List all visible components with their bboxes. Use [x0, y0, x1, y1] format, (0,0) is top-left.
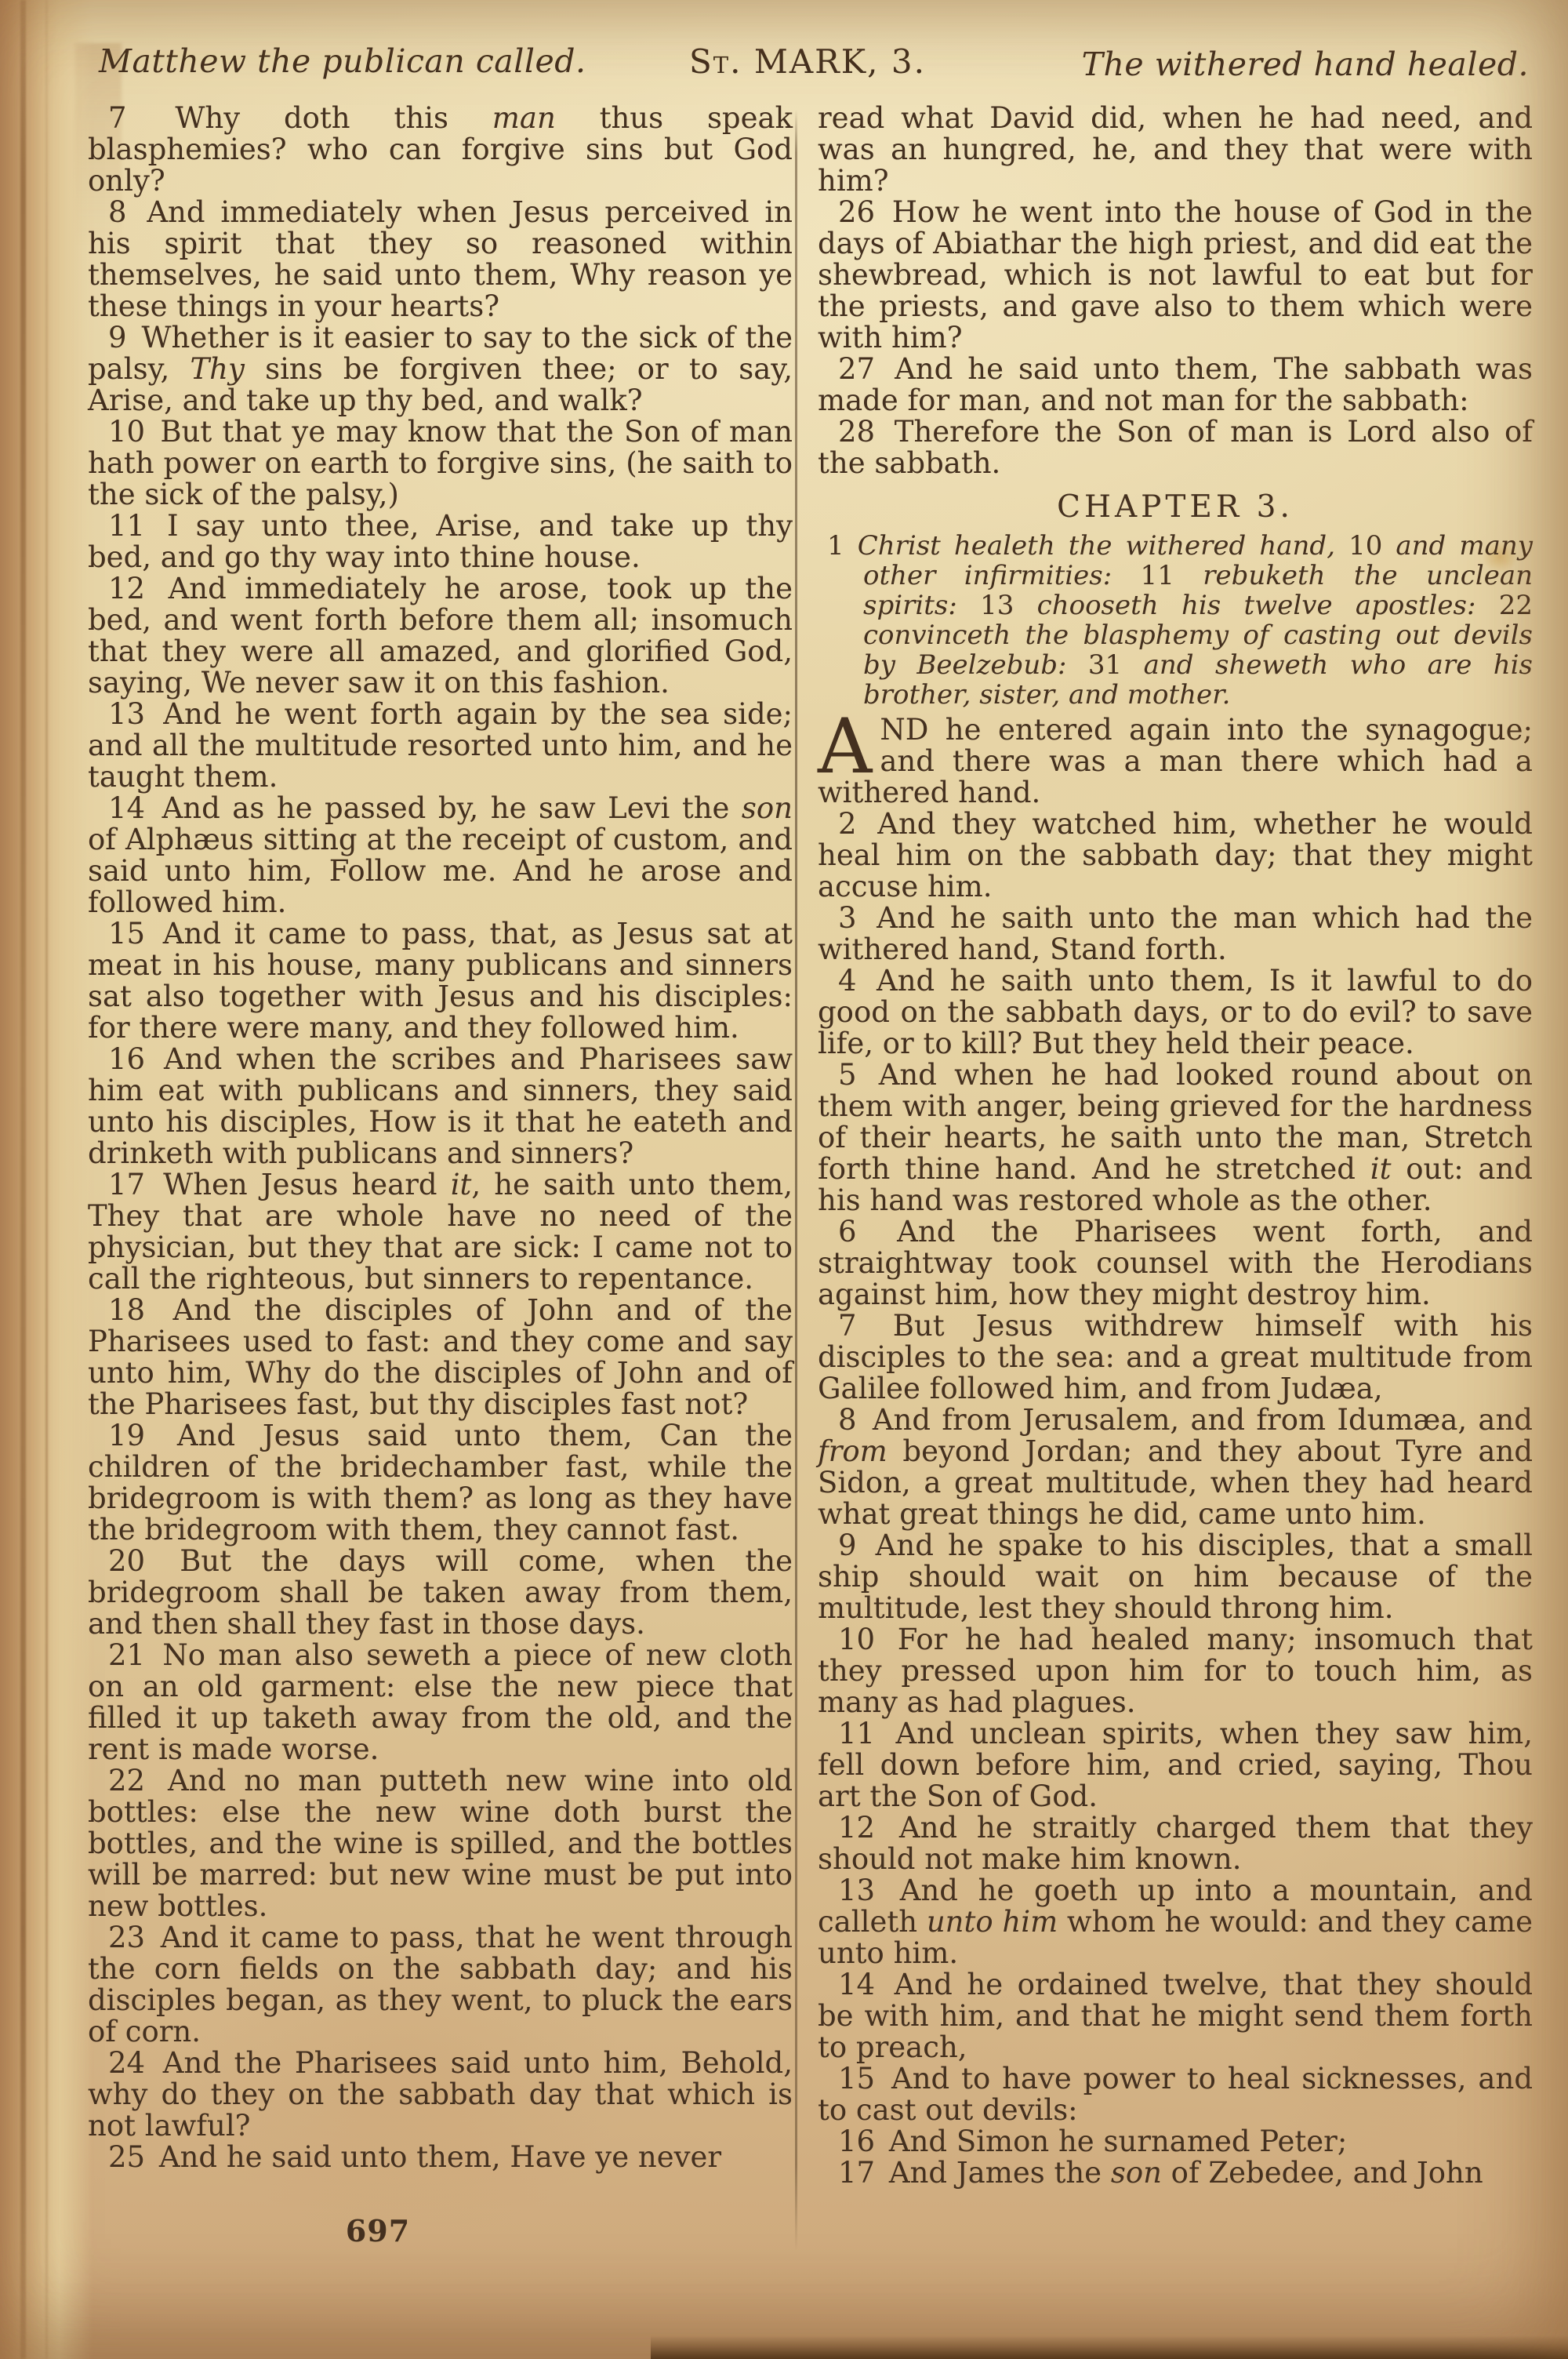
- verse-number: 4: [838, 964, 872, 998]
- verse-paragraph: 10 But that ye may know that the Son of …: [88, 416, 793, 511]
- verse-number: 7: [108, 101, 170, 135]
- italic-text: Christ healeth the withered hand,: [858, 530, 1335, 562]
- verse-number: 26: [838, 195, 887, 229]
- italic-text: unto him: [927, 1905, 1058, 1939]
- verse-paragraph: 8 And from Jerusalem, and from Idumæa, a…: [818, 1405, 1533, 1530]
- verse-text: of Zebedee, and John: [1162, 2156, 1483, 2190]
- verse-text: And James the: [889, 2156, 1111, 2190]
- verse-text: And Jesus said unto them, Can the childr…: [88, 1419, 793, 1547]
- verse-paragraph: 20 But the days will come, when the brid…: [88, 1546, 793, 1640]
- verse-text: But that ye may know that the Son of man…: [88, 415, 793, 511]
- verse-number: 6: [838, 1215, 892, 1249]
- verse-number: 7: [838, 1309, 888, 1343]
- verse-number: 9: [838, 1528, 871, 1562]
- verse-number: 15: [108, 917, 158, 951]
- verse-text: And unclean spirits, when they saw him, …: [818, 1717, 1533, 1813]
- verse-number: 20: [108, 1544, 175, 1578]
- verse-paragraph: 10 For he had healed many; insomuch that…: [818, 1624, 1533, 1718]
- verse-paragraph: AND he entered again into the synagogue;…: [818, 714, 1533, 809]
- verse-text: And he ordained twelve, that they should…: [818, 1968, 1533, 2064]
- verse-text: But Jesus withdrew himself with his disc…: [818, 1309, 1533, 1405]
- verse-paragraph: 13 And he went forth again by the sea si…: [88, 699, 793, 793]
- verse-number: 16: [838, 2125, 884, 2158]
- verse-paragraph: 25 And he said unto them, Have ye never: [88, 2142, 793, 2173]
- chapter-heading: CHAPTER 3.: [818, 492, 1533, 523]
- verse-paragraph: 27 And he said unto them, The sabbath wa…: [818, 354, 1533, 416]
- verse-number: 14: [108, 791, 158, 825]
- verse-paragraph: 11 I say unto thee, Arise, and take up t…: [88, 511, 793, 573]
- verse-number: 9: [108, 321, 136, 354]
- verse-paragraph: 7 But Jesus withdrew himself with his di…: [818, 1310, 1533, 1405]
- verse-text: And when the scribes and Pharisees saw h…: [88, 1042, 793, 1170]
- verse-number: 19: [108, 1419, 172, 1452]
- page-gutter-shadow: [0, 0, 93, 2359]
- running-header-title: St. MARK, 3.: [639, 42, 976, 81]
- verse-text: 22: [1475, 590, 1533, 621]
- verse-text: ND he entered again into the synagogue; …: [818, 713, 1533, 809]
- verse-paragraph: 9 Whether is it easier to say to the sic…: [88, 322, 793, 416]
- verse-paragraph: 12 And he straitly charged them that the…: [818, 1812, 1533, 1875]
- verse-paragraph: 13 And he goeth up into a mountain, and …: [818, 1875, 1533, 1969]
- verse-paragraph: 21 No man also seweth a piece of new clo…: [88, 1640, 793, 1765]
- verse-number: 15: [838, 2062, 887, 2095]
- verse-paragraph: 14 And he ordained twelve, that they sho…: [818, 1969, 1533, 2063]
- verse-paragraph: 12 And immediately he arose, took up the…: [88, 573, 793, 699]
- verse-paragraph: 15 And it came to pass, that, as Jesus s…: [88, 918, 793, 1044]
- verse-text: And he spake to his disciples, that a sm…: [818, 1528, 1533, 1625]
- verse-text: And he said unto them, Have ye never: [159, 2140, 721, 2174]
- verse-text: beyond Jordan; and they about Tyre and S…: [818, 1434, 1533, 1531]
- verse-text: 10: [1335, 530, 1396, 562]
- verse-paragraph: 19 And Jesus said unto them, Can the chi…: [88, 1420, 793, 1546]
- chapter-summary: 1 Christ healeth the withered hand, 10 a…: [818, 531, 1533, 710]
- verse-paragraph: 28 Therefore the Son of man is Lord also…: [818, 416, 1533, 479]
- verse-text: And it came to pass, that, as Jesus sat …: [88, 917, 793, 1045]
- verse-paragraph: 5 And when he had looked round about on …: [818, 1060, 1533, 1216]
- verse-number: 28: [838, 415, 890, 449]
- verse-text: And he saith unto the man which had the …: [818, 901, 1533, 966]
- verse-text: And from Jerusalem, and from Idumæa, and: [873, 1403, 1533, 1437]
- verse-text: And the disciples of John and of the Pha…: [88, 1293, 793, 1421]
- verse-paragraph: 16 And Simon he surnamed Peter;: [818, 2126, 1533, 2157]
- verse-number: 25: [108, 2140, 154, 2174]
- verse-text: of Alphæus sitting at the receipt of cus…: [88, 823, 793, 919]
- verse-paragraph: 7 Why doth this man thus speak blasphemi…: [88, 103, 793, 197]
- verse-number: 22: [108, 1764, 163, 1797]
- page-number: 697: [88, 2213, 668, 2248]
- verse-number: 21: [108, 1638, 158, 1672]
- verse-paragraph: 4 And he saith unto them, Is it lawful t…: [818, 965, 1533, 1060]
- verse-paragraph: 23 And it came to pass, that he went thr…: [88, 1922, 793, 2048]
- verse-text: When Jesus heard: [163, 1168, 451, 1201]
- verse-text: 1: [827, 530, 858, 562]
- verse-text: And he saith unto them, Is it lawful to …: [818, 964, 1533, 1060]
- verse-text: But the days will come, when the bridegr…: [88, 1544, 793, 1641]
- verse-text: 11: [1112, 560, 1203, 591]
- verse-number: 14: [838, 1968, 890, 2001]
- verse-continuation: read what David did, when he had need, a…: [818, 103, 1533, 197]
- verse-text: And he said unto them, The sabbath was m…: [818, 352, 1533, 417]
- verse-paragraph: 26 How he went into the house of God in …: [818, 197, 1533, 354]
- italic-text: Thy: [191, 352, 245, 386]
- verse-text: And immediately he arose, took up the be…: [88, 572, 793, 700]
- italic-text: it: [451, 1168, 472, 1201]
- verse-number: 16: [108, 1042, 159, 1076]
- running-header-left: Matthew the publican called.: [99, 42, 586, 80]
- verse-paragraph: 3 And he saith unto the man which had th…: [818, 903, 1533, 965]
- verse-number: 13: [108, 697, 158, 731]
- right-text-column: read what David did, when he had need, a…: [818, 103, 1533, 2189]
- verse-number: 12: [108, 572, 164, 605]
- verse-number: 18: [108, 1293, 168, 1327]
- verse-paragraph: 24 And the Pharisees said unto him, Beho…: [88, 2048, 793, 2142]
- italic-text: it: [1370, 1152, 1392, 1186]
- verse-number: 11: [108, 509, 162, 543]
- verse-paragraph: 8 And immediately when Jesus perceived i…: [88, 197, 793, 322]
- verse-text: 13: [957, 590, 1037, 621]
- verse-number: 11: [838, 1717, 891, 1750]
- verse-number: 13: [838, 1874, 895, 1907]
- verse-number: 23: [108, 1921, 156, 1954]
- verse-text: And he went forth again by the sea side;…: [88, 697, 793, 794]
- verse-text: And Simon he surnamed Peter;: [889, 2125, 1347, 2158]
- verse-paragraph: 22 And no man putteth new wine into old …: [88, 1765, 793, 1922]
- verse-paragraph: 17 When Jesus heard it, he saith unto th…: [88, 1169, 793, 1295]
- verse-paragraph: 11 And unclean spirits, when they saw hi…: [818, 1718, 1533, 1812]
- running-header: Matthew the publican called. St. MARK, 3…: [93, 42, 1530, 93]
- verse-text: Therefore the Son of man is Lord also of…: [818, 415, 1533, 480]
- italic-text: from: [818, 1434, 887, 1468]
- column-divider-rule: [795, 110, 797, 2251]
- italic-text: son: [742, 791, 793, 825]
- verse-number: 12: [838, 1811, 895, 1845]
- left-text-column: 7 Why doth this man thus speak blasphemi…: [88, 103, 793, 2173]
- book-title: MARK, 3.: [742, 42, 926, 81]
- verse-paragraph: 16 And when the scribes and Pharisees sa…: [88, 1044, 793, 1169]
- verse-text: How he went into the house of God in the…: [818, 195, 1533, 354]
- verse-paragraph: 2 And they watched him, whether he would…: [818, 809, 1533, 903]
- verse-text: For he had healed many; insomuch that th…: [818, 1623, 1533, 1719]
- book-bottom-edge-shadow: [651, 2335, 1568, 2359]
- italic-text: son: [1111, 2156, 1162, 2190]
- drop-cap: A: [818, 714, 880, 776]
- verse-paragraph: 17 And James the son of Zebedee, and Joh…: [818, 2157, 1533, 2189]
- verse-text: And the Pharisees said unto him, Behold,…: [88, 2046, 793, 2143]
- verse-number: 3: [838, 901, 872, 935]
- verse-text: And to have power to heal sicknesses, an…: [818, 2062, 1533, 2127]
- book-abbrev: St.: [689, 42, 742, 81]
- verse-number: 5: [838, 1058, 874, 1092]
- italic-text: man: [492, 101, 556, 135]
- verse-paragraph: 15 And to have power to heal sicknesses,…: [818, 2063, 1533, 2126]
- verse-number: 24: [108, 2046, 158, 2080]
- verse-paragraph: 9 And he spake to his disciples, that a …: [818, 1530, 1533, 1624]
- verse-number: 27: [838, 352, 890, 386]
- verse-text: And they watched him, whether he would h…: [818, 807, 1533, 903]
- verse-text: And the Pharisees went forth, and straig…: [818, 1215, 1533, 1311]
- verse-number: 10: [108, 415, 155, 449]
- verse-text: I say unto thee, Arise, and take up thy …: [88, 509, 793, 574]
- verse-number: 17: [108, 1168, 158, 1201]
- verse-text: 31: [1066, 649, 1143, 681]
- verse-text: And it came to pass, that he went throug…: [88, 1921, 793, 2048]
- verse-text: And he straitly charged them that they s…: [818, 1811, 1533, 1876]
- verse-number: 10: [838, 1623, 893, 1656]
- verse-text: And as he passed by, he saw Levi the: [162, 791, 742, 825]
- verse-text: Why doth this: [175, 101, 492, 135]
- verse-number: 17: [838, 2156, 884, 2190]
- verse-number: 8: [838, 1403, 868, 1437]
- verse-paragraph: 18 And the disciples of John and of the …: [88, 1295, 793, 1420]
- verse-paragraph: 6 And the Pharisees went forth, and stra…: [818, 1216, 1533, 1310]
- verse-text: read what David did, when he had need, a…: [818, 101, 1533, 198]
- verse-text: And no man putteth new wine into old bot…: [88, 1764, 793, 1923]
- verse-paragraph: 14 And as he passed by, he saw Levi the …: [88, 793, 793, 918]
- bible-page-scan: Matthew the publican called. St. MARK, 3…: [0, 0, 1568, 2359]
- running-header-right: The withered hand healed.: [1082, 45, 1529, 83]
- italic-text: chooseth his twelve apostles:: [1037, 590, 1476, 621]
- verse-text: And immediately when Jesus perceived in …: [88, 195, 793, 323]
- verse-number: 2: [838, 807, 873, 841]
- verse-text: No man also seweth a piece of new cloth …: [88, 1638, 793, 1766]
- verse-number: 8: [108, 195, 142, 229]
